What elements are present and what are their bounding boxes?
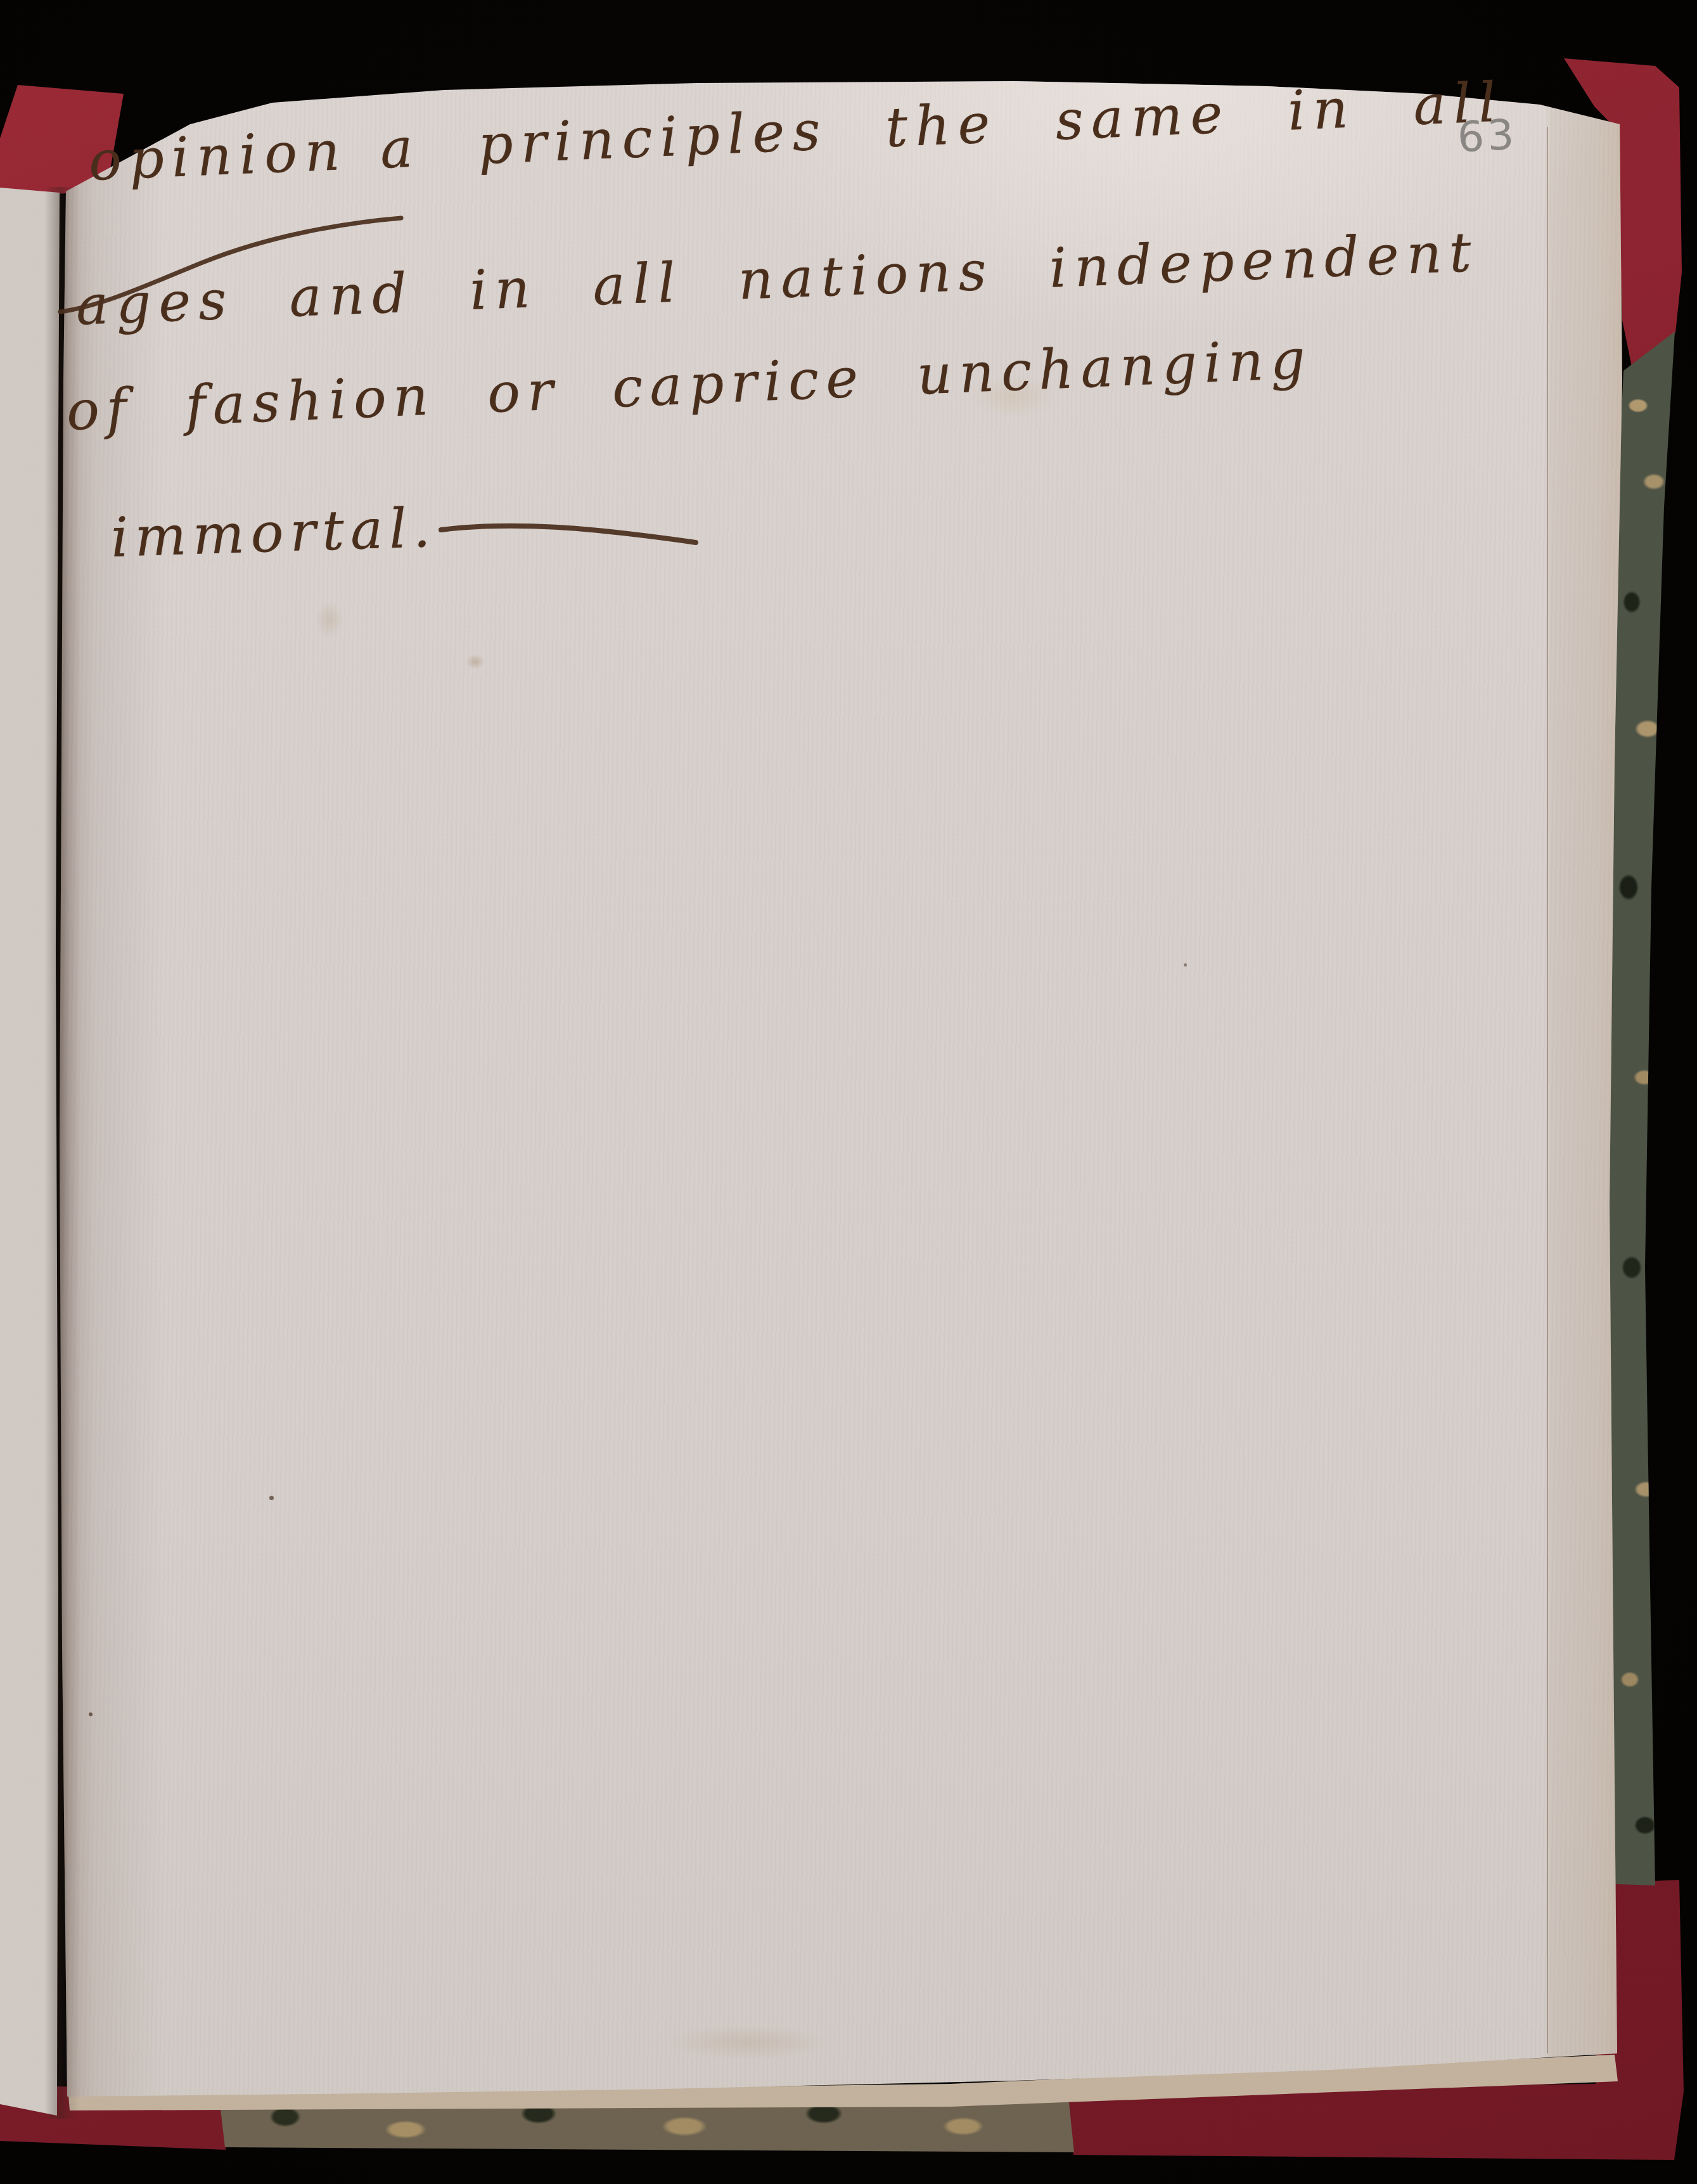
handwriting-line-4: immortal. xyxy=(110,501,438,565)
underlined-word: opinion xyxy=(87,119,349,193)
photo-background: 63 opiniona principles the same in all a… xyxy=(0,0,1697,2184)
ink-speck xyxy=(89,1712,93,1716)
ink-speck xyxy=(1184,963,1187,967)
underline-flourish-icon xyxy=(54,188,409,321)
gutter-crease-shadow xyxy=(44,187,80,2119)
ink-speck xyxy=(269,1496,274,1500)
long-dash-flourish-icon xyxy=(437,520,703,551)
page-edge-line xyxy=(1547,127,1548,2053)
